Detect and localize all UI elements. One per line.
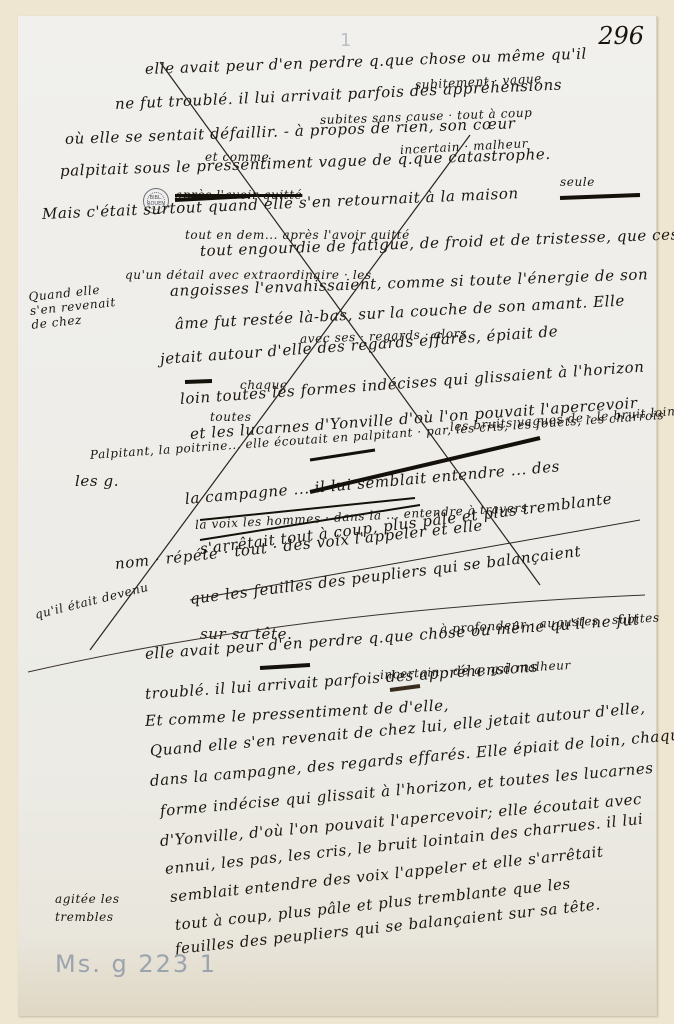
folio-number: 296 (598, 22, 644, 50)
margin-note: agitée les trembles (55, 890, 135, 926)
interlinear-note: seule (560, 175, 595, 189)
pencil-page-mark: 1 (340, 30, 351, 51)
margin-note: les g. (75, 472, 119, 490)
shelfmark: Ms. g 223 1 (55, 950, 217, 978)
